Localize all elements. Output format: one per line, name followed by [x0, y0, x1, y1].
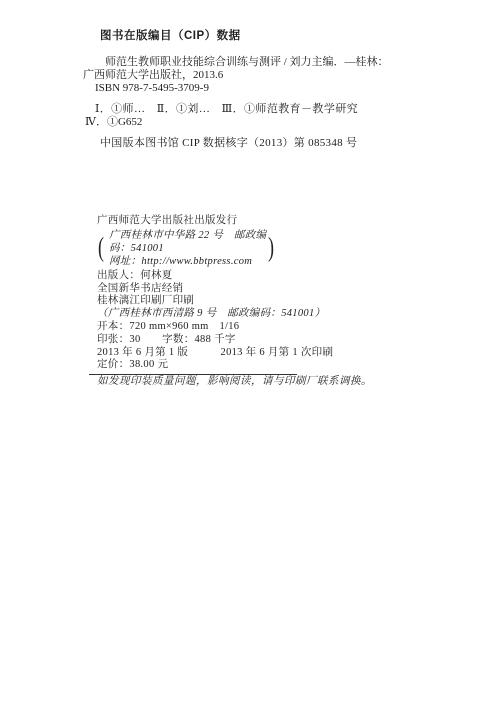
cip-record-number-line: 中国版本图书馆 CIP 数据核字（2013）第 085348 号	[83, 137, 423, 150]
close-parenthesis: )	[268, 234, 274, 262]
cip-header: 图书在版编目（CIP）数据	[100, 30, 423, 43]
printer-address-line: （广西桂林市西清路 9 号 邮政编码：541001）	[97, 308, 397, 321]
printer-line: 桂林漓江印刷厂印刷	[97, 295, 397, 308]
publisher-distribution-line: 广西师范大学出版社出版发行	[97, 215, 397, 228]
publisher-address: 广西桂林市中华路 22 号 邮政编码：541001	[109, 229, 267, 255]
price-line: 定价：38.00 元	[97, 359, 397, 372]
publication-info-section: 广西师范大学出版社出版发行 ( 广西桂林市中华路 22 号 邮政编码：54100…	[97, 215, 397, 389]
publisher-website: 网址：http://www.bbtpress.com	[109, 255, 267, 268]
cip-publisher-line: 广西师范大学出版社，2013.6	[83, 69, 423, 82]
edition-line: 2013 年 6 月第 1 版 2013 年 6 月第 1 次印刷	[97, 347, 397, 360]
publisher-address-group: ( 广西桂林市中华路 22 号 邮政编码：541001 网址：http://ww…	[97, 229, 397, 268]
cip-isbn-line: ISBN 978-7-5495-3709-9	[83, 82, 423, 95]
format-line: 开本：720 mm×960 mm 1/16	[97, 321, 397, 334]
quality-note-line: 如发现印装质量问题，影响阅读，请与印刷厂联系调换。	[97, 376, 397, 389]
copyright-page: 图书在版编目（CIP）数据 师范生教师职业技能综合训练与测评 / 刘力主编．—桂…	[0, 0, 500, 707]
publisher-person-line: 出版人：何林夏	[97, 270, 397, 283]
open-parenthesis: (	[98, 234, 104, 262]
distribution-line: 全国新华书店经销	[97, 283, 397, 296]
cip-classification-line-1: Ⅰ．①师… Ⅱ．①刘… Ⅲ．①师范教育－教学研究	[83, 103, 423, 116]
cip-classification-line-2: Ⅳ．①G652	[83, 116, 423, 129]
sheets-words-line: 印张：30 字数：488 千字	[97, 334, 397, 347]
cip-section: 图书在版编目（CIP）数据 师范生教师职业技能综合训练与测评 / 刘力主编．—桂…	[83, 30, 423, 150]
publisher-address-lines: 广西桂林市中华路 22 号 邮政编码：541001 网址：http://www.…	[105, 229, 267, 268]
cip-title-line: 师范生教师职业技能综合训练与测评 / 刘力主编．—桂林：	[83, 56, 423, 69]
